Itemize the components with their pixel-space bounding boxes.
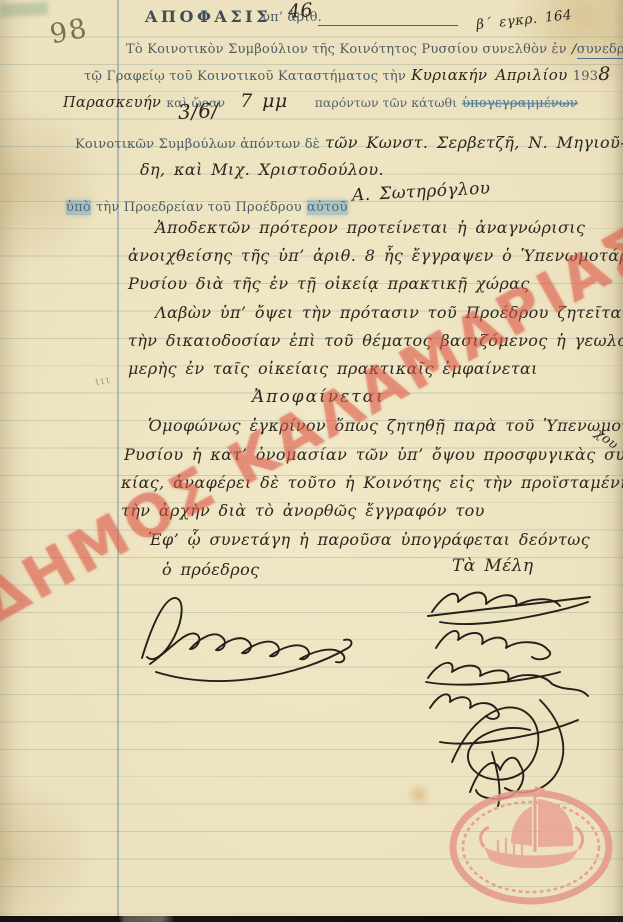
presidency-printed-upo: ὑπὸ (66, 200, 91, 215)
margin-tick-marks: ιιι (94, 373, 112, 388)
member-signature (426, 663, 588, 696)
ship-seal-stamp (453, 786, 609, 901)
body-line: τὴν δικαιοδοσίαν ἐπὶ τοῦ θέματος βασιζόμ… (128, 331, 623, 350)
present-struck-word: ὑπογεγραμμένων (462, 96, 578, 111)
scanned-ledger-page: 98 ΑΠΟΦΑΣΙΣ ὑπ’ ἀριθ. 46 β΄ εγκρ. 164 Τὸ… (0, 0, 623, 922)
body-line: μερὴς ἐν ταῖς οἰκείαις πρακτικαῖς ἐμφαίν… (128, 359, 538, 378)
page-bottom-edge (0, 916, 623, 922)
decision-line: Ἐφ’ ᾧ συνετάγη ἡ παροῦσα ὑπογράφεται δεό… (148, 530, 590, 549)
fill-in-line (318, 8, 458, 26)
galley-ship-icon (481, 786, 583, 868)
presidency-line: ὑπὸ τὴν Προεδρείαν τοῦ Προέδρου αὐτοῦ (66, 196, 348, 215)
member-signature (430, 694, 499, 719)
approval-margin-note: β΄ εγκρ. 164 (475, 7, 572, 33)
presidency-printed-text: τὴν Προεδρείαν τοῦ Προέδρου (96, 200, 302, 215)
decision-title: ΑΠΟΦΑΣΙΣ (145, 7, 271, 26)
member-signature (436, 631, 550, 659)
body-line: Λαβὼν ὑπ’ ὄψει τὴν πρότασιν τοῦ Προέδρου… (155, 303, 623, 322)
page-number-stamp: 98 (47, 13, 91, 51)
year-printed-text: 193 (573, 69, 598, 84)
decision-line: κίας, ἀναφέρει δὲ τοῦτο ἡ Κοινότης εἰς τ… (121, 473, 623, 492)
member-signature (428, 593, 590, 624)
decision-line: τὴν ἀρχὴν διὰ τὸ ἀνορθῶς ἔγγραφόν του (121, 501, 485, 520)
convene-printed-text: Τὸ Κοινοτικὸν Συμβούλιον τῆς Κοινότητος … (126, 42, 567, 57)
body-line: Ἀποδεκτῶν πρότερον προτείνεται ἡ ἀναγνώρ… (155, 218, 585, 237)
presidency-struck-word: αὐτοῦ (307, 200, 348, 215)
office-printed-text: τῷ Γραφείῳ τοῦ Κοινοτικοῦ Καταστήματος τ… (84, 69, 406, 84)
form-line-hour: Παρασκευήν καὶ ὥραν 7 μμ παρόντων τῶν κά… (63, 90, 578, 112)
form-line-convene: Τὸ Κοινοτικὸν Συμβούλιον τῆς Κοινότητος … (126, 38, 623, 57)
president-label: ὁ πρόεδρος (162, 560, 260, 579)
decision-line: Ρυσίου ἡ κατ’ ὀνομασίαν τῶν ὑπ’ ὄψου προ… (124, 445, 623, 464)
session-note-hand: 3/6/ (177, 98, 219, 124)
absent-members-line: Κοινοτικῶν Συμβούλων ἀπόντων δὲ τῶν Κωνσ… (75, 133, 623, 152)
present-printed-text: παρόντων τῶν κάτωθι (315, 95, 457, 110)
convene-inserted-text: συνεδριάσει ἐν (577, 42, 623, 59)
date-hand-text: Κυριακήν Απριλίου (411, 66, 568, 84)
member-signature (470, 752, 523, 806)
day-hand-text: Παρασκευήν (63, 95, 161, 111)
hour-hand-text: 7 μμ (240, 90, 287, 112)
decision-heading: Ἀποφαίνεται (252, 387, 385, 407)
president-name-hand: Α. Σωτηρόγλου (352, 178, 491, 205)
absent-hand-names-1: τῶν Κωνστ. Σερβετζῆ, Ν. Μηγιοῦ- (325, 133, 623, 152)
ink-smudge (0, 2, 48, 17)
insert-mark: ∕ (572, 42, 577, 57)
absent-hand-names-2: δη, καὶ Μιχ. Χριστοδούλου. (140, 160, 384, 179)
form-line-office: τῷ Γραφείῳ τοῦ Κοινοτικοῦ Καταστήματος τ… (84, 63, 623, 85)
members-label: Τὰ Μέλη (452, 556, 534, 576)
decision-line: Ὁμοφώνως ἐγκρίνον ὅπως ζητηθῇ παρὰ τοῦ Ὑ… (148, 416, 623, 435)
year-hand-digit: 8 (598, 63, 611, 85)
absent-printed-text: Κοινοτικῶν Συμβούλων ἀπόντων δὲ (75, 137, 320, 152)
president-signature (142, 598, 351, 681)
body-line: Ρυσίου διὰ τῆς ἐν τῇ οἰκείᾳ πρακτικῇ χώρ… (128, 274, 530, 293)
member-signature (440, 700, 578, 792)
body-line: ἀνοιχθείσης τῆς ὑπ’ ἀριθ. 8 ἧς ἔγγραψεν … (128, 246, 623, 265)
decision-number-hand: 46 (287, 0, 313, 23)
